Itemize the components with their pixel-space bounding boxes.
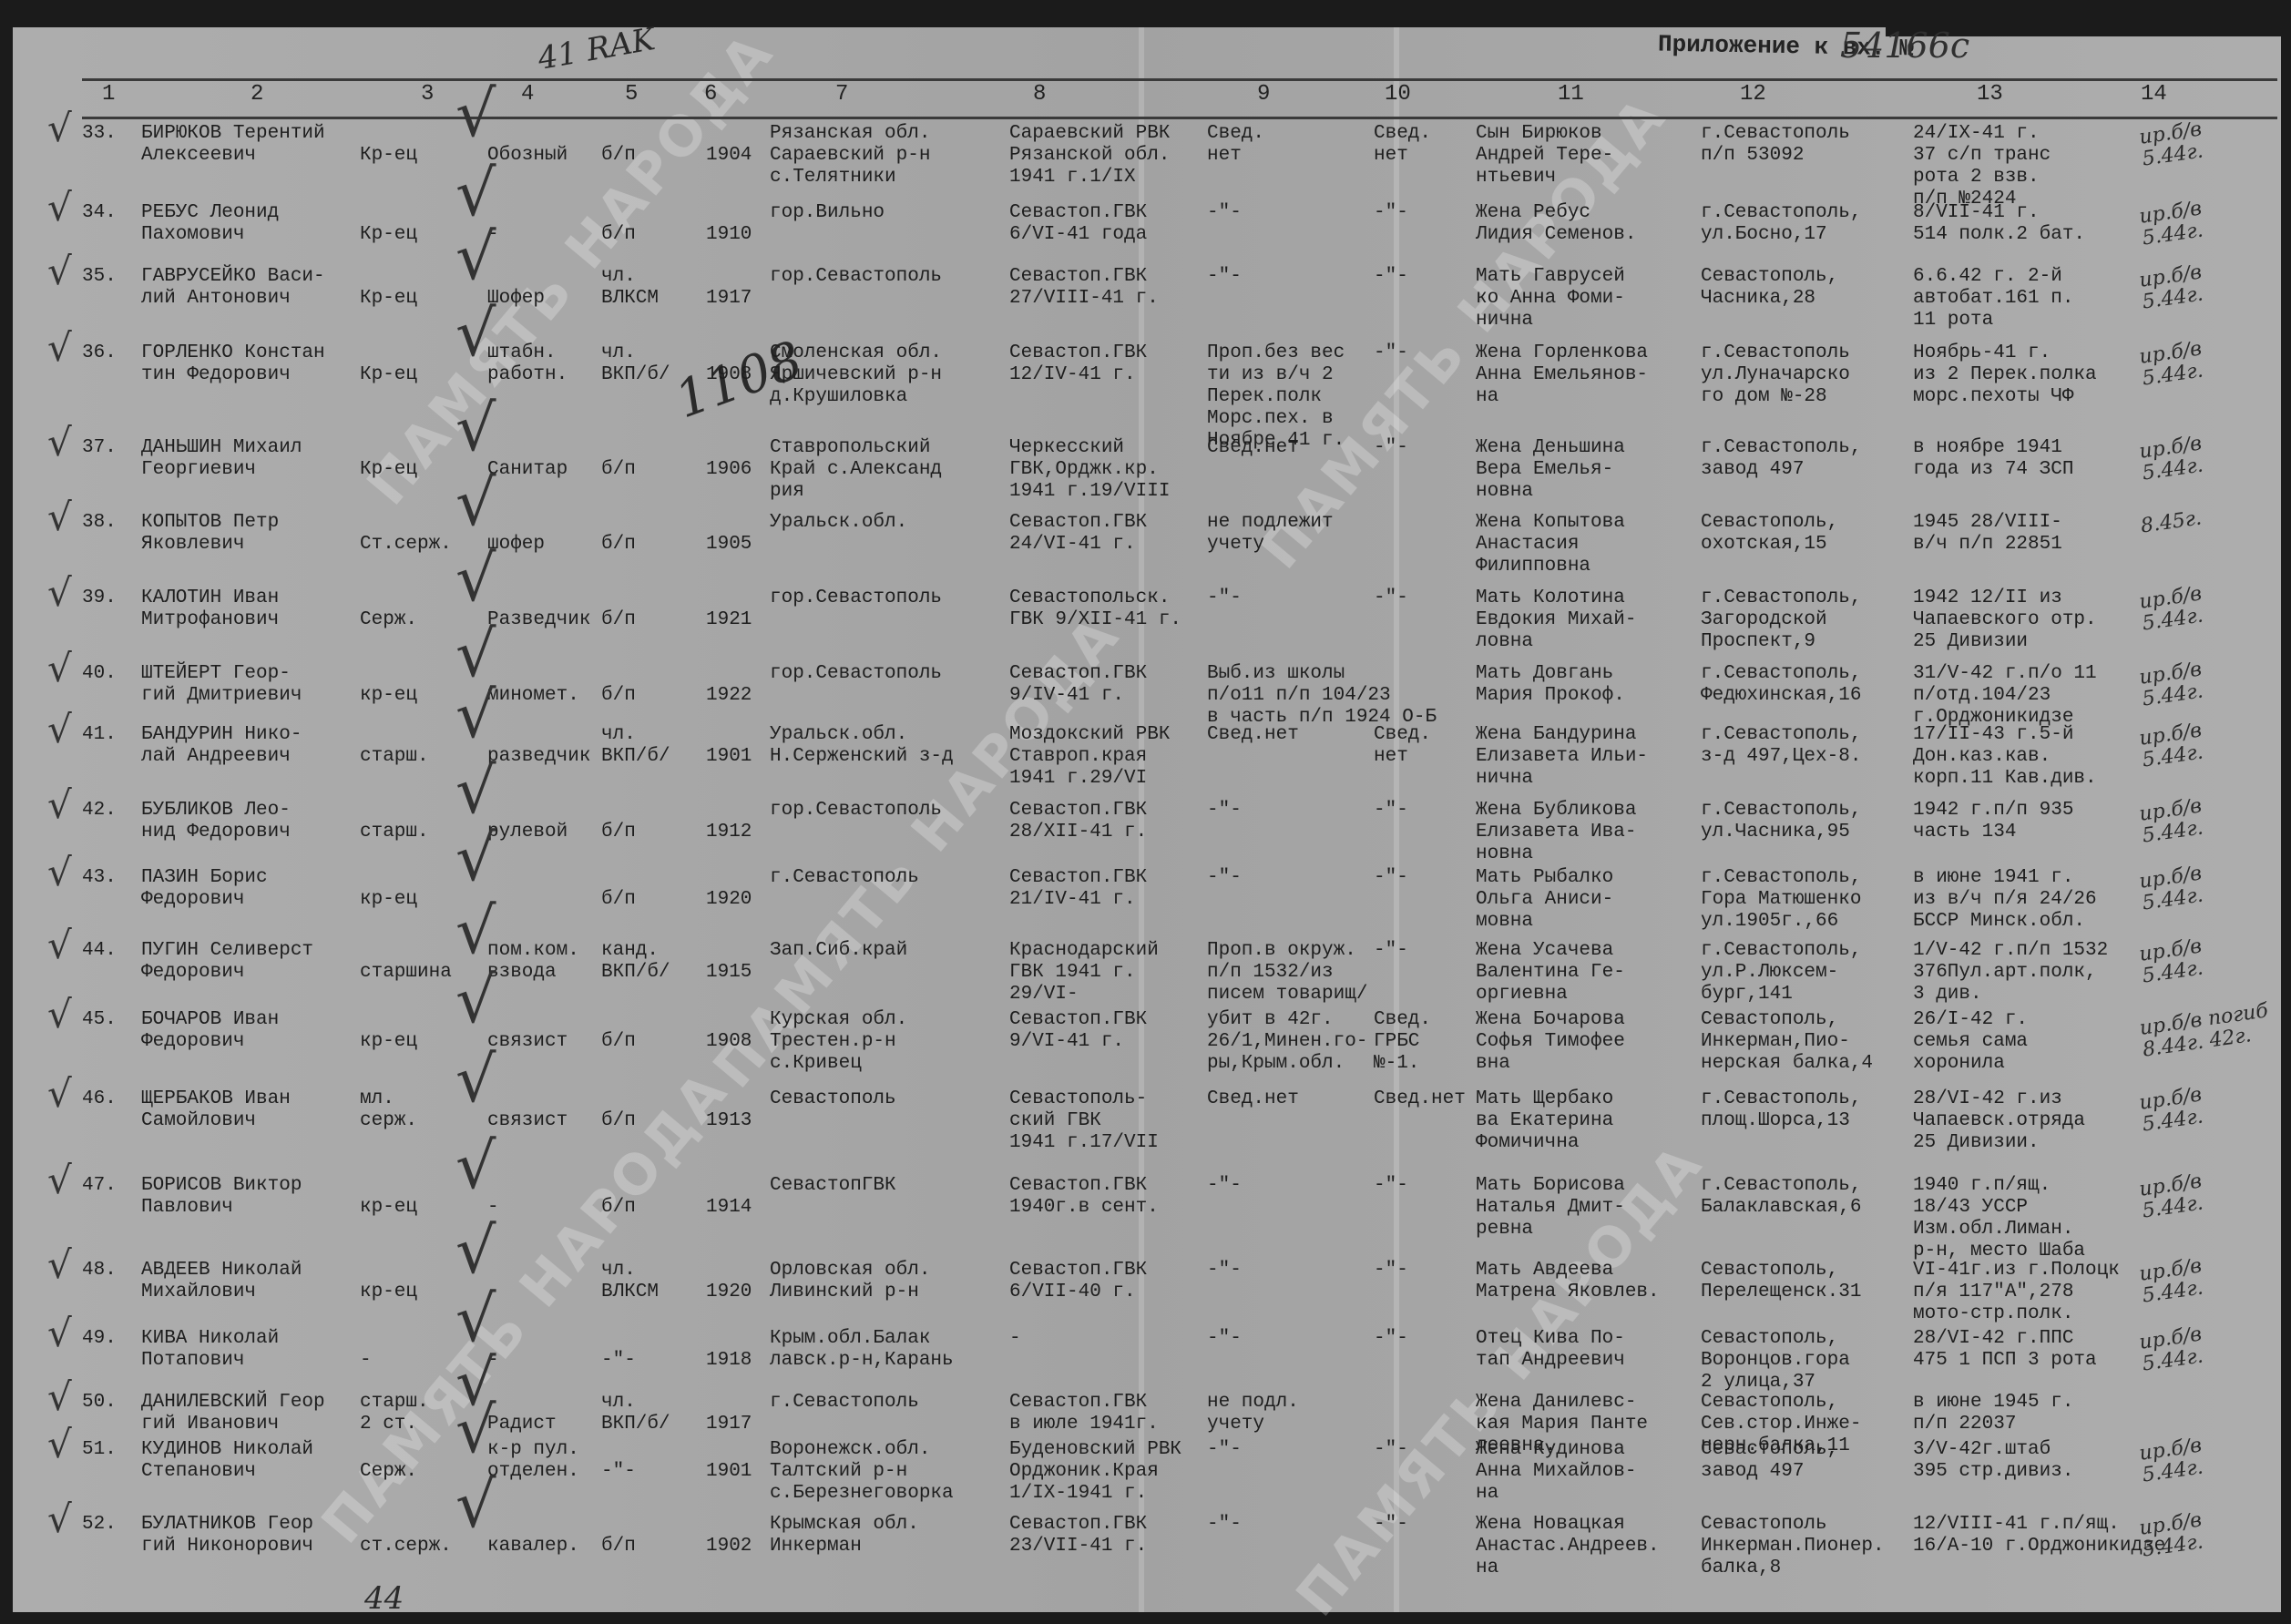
birth-year: 1908 — [706, 364, 752, 386]
next-of-kin: Мать Рыбалко Ольга Аниси- мовна — [1476, 867, 1613, 933]
service-info: 26/I-42 г. семья сама хоронила — [1913, 1009, 2028, 1075]
row-number: 47. — [82, 1175, 117, 1197]
birth-year: 1906 — [706, 459, 752, 481]
resolution-note: ир.б/в 5.44г. — [2138, 1435, 2206, 1486]
row-number: 37. — [82, 437, 117, 459]
birthplace: гор.Севастополь — [770, 587, 942, 609]
service-info: 1942 г.п/п 935 часть 134 — [1913, 800, 2073, 843]
address: г.Севастополь, ул.Р.Люксем- бург,141 — [1701, 940, 1861, 1006]
column-10-info: -"- — [1374, 1175, 1408, 1197]
resolution-note: ир.б/в 5.44г. — [2138, 863, 2206, 914]
column-number: 12 — [1740, 82, 1766, 107]
column-9-info: -"- — [1207, 202, 1242, 224]
column-9-info: -"- — [1207, 266, 1242, 288]
column-number: 1 — [102, 82, 115, 107]
rank: Кр-ец — [360, 224, 417, 246]
checkmark-icon: √ — [47, 197, 72, 219]
next-of-kin: Мать Довгань Мария Прокоф. — [1476, 663, 1625, 707]
service-info: в июне 1945 г. п/п 22037 — [1913, 1392, 2073, 1435]
column-number: 6 — [704, 82, 717, 107]
party-membership: -"- — [601, 1461, 636, 1483]
service-info: 8/VII-41 г. 514 полк.2 бат. — [1913, 202, 2085, 246]
column-number: 13 — [1977, 82, 2003, 107]
party-membership: б/п — [601, 685, 636, 707]
position: кавалер. — [487, 1536, 579, 1558]
row-number: 41. — [82, 724, 117, 746]
column-10-info: -"- — [1374, 437, 1408, 459]
column-number: 4 — [521, 82, 534, 107]
birth-year: 1908 — [706, 1031, 752, 1053]
birth-year: 1922 — [706, 685, 752, 707]
address: Севастополь, завод 497 — [1701, 1439, 1838, 1483]
service-info: Ноябрь-41 г. из 2 Перек.полка морс.пехот… — [1913, 342, 2097, 408]
birth-year: 1905 — [706, 534, 752, 556]
checkmark-icon: √ — [47, 1004, 72, 1026]
full-name: ПУГИН Селиверст Федорович — [141, 940, 313, 984]
next-of-kin: Мать Гаврусей ко Анна Фоми- нична — [1476, 266, 1625, 332]
birth-year: 1915 — [706, 962, 752, 984]
full-name: ГАВРУСЕЙКО Васи- лий Антонович — [141, 266, 325, 310]
column-10-info: Свед. нет — [1374, 123, 1431, 167]
service-info: 17/II-43 г.5-й Дон.каз.кав. корп.11 Кав.… — [1913, 724, 2097, 790]
checkmark-icon: √ — [455, 1419, 496, 1441]
birthplace: гор.Севастополь — [770, 800, 942, 822]
birth-year: 1904 — [706, 145, 752, 167]
birthplace: СевастопГВК — [770, 1175, 896, 1197]
draft-office: Сараевский РВК Рязанской обл. 1941 г.1/I… — [1009, 123, 1170, 189]
row-number: 36. — [82, 342, 117, 364]
full-name: КОПЫТОВ Петр Яковлевич — [141, 512, 279, 556]
birthplace: Уральск.обл. Н.Серженский з-д — [770, 724, 954, 768]
checkmark-icon: √ — [47, 1169, 72, 1191]
column-9-info: Проп.в окруж. п/п 1532/из писем товарищ/ — [1207, 940, 1367, 1006]
checkmark-icon: √ — [455, 182, 496, 204]
rank: мл. серж. — [360, 1088, 417, 1132]
column-10-info: -"- — [1374, 867, 1408, 889]
column-9-info: -"- — [1207, 587, 1242, 609]
next-of-kin: Жена Кудинова Анна Михайлов- на — [1476, 1439, 1636, 1505]
birthplace: Севастополь — [770, 1088, 896, 1110]
address: г.Севастополь п/п 53092 — [1701, 123, 1850, 167]
checkmark-icon: √ — [455, 989, 496, 1011]
checkmark-icon: √ — [455, 1155, 496, 1177]
row-number: 38. — [82, 512, 117, 534]
birthplace: г.Севастополь — [770, 1392, 919, 1414]
next-of-kin: Жена Копытова Анастасия Филипповна — [1476, 512, 1625, 577]
position: Радист — [487, 1414, 557, 1435]
service-info: 1945 28/VIII- в/ч п/п 22851 — [1913, 512, 2062, 556]
rank: Кр-ец — [360, 288, 417, 310]
service-info: 6.6.42 г. 2-й автобат.161 п. 11 рота — [1913, 266, 2073, 332]
column-10-info: -"- — [1374, 1439, 1408, 1461]
draft-office: Севастоп.ГВК 6/VII-40 г. — [1009, 1260, 1147, 1303]
checkmark-icon: √ — [47, 1323, 72, 1344]
resolution-note: ир.б/в 5.44г. — [2138, 1255, 2206, 1307]
birthplace: г.Севастополь — [770, 867, 919, 889]
column-number: 3 — [421, 82, 434, 107]
column-number: 8 — [1033, 82, 1046, 107]
rank: ст.серж. — [360, 1536, 452, 1558]
position: связист — [487, 1110, 568, 1132]
address: г.Севастополь, Гора Матюшенко ул.1905г.,… — [1701, 867, 1861, 933]
rank: кр-ец — [360, 1031, 417, 1053]
draft-office: Севастоп.ГВК 9/VI-41 г. — [1009, 1009, 1147, 1053]
address: Севастополь, Воронцов.гора 2 улица,37 — [1701, 1328, 1850, 1394]
resolution-note: ир.б/в 5.44г. — [2138, 433, 2206, 485]
birth-year: 1910 — [706, 224, 752, 246]
rank: Серж. — [360, 1461, 417, 1483]
birthplace: гор.Севастополь — [770, 266, 942, 288]
checkmark-icon: √ — [455, 780, 496, 802]
checkmark-icon: √ — [47, 658, 72, 679]
resolution-note: ир.б/в 5.44г. — [2138, 118, 2206, 170]
birthplace: Курская обл. Трестен.р-н с.Кривец — [770, 1009, 907, 1075]
column-9-info: -"- — [1207, 1439, 1242, 1461]
checkmark-icon: √ — [455, 1494, 496, 1516]
party-membership: б/п — [601, 609, 636, 631]
full-name: БАНДУРИН Нико- лай Андреевич — [141, 724, 302, 768]
checkmark-icon: √ — [47, 1254, 72, 1276]
appendix-number: 54166с — [1840, 26, 1969, 66]
service-info: 3/V-42г.штаб 395 стр.дивиз. — [1913, 1439, 2073, 1483]
rank: Кр-ец — [360, 459, 417, 481]
column-10-info: -"- — [1374, 1260, 1408, 1282]
next-of-kin: Отец Кива По- тап Андреевич — [1476, 1328, 1625, 1372]
checkmark-icon: √ — [47, 117, 72, 139]
full-name: ГОРЛЕНКО Констан тин Федорович — [141, 342, 325, 386]
row-number: 45. — [82, 1009, 117, 1031]
column-9-info: -"- — [1207, 867, 1242, 889]
row-number: 51. — [82, 1439, 117, 1461]
checkmark-icon: √ — [47, 432, 72, 454]
column-10-info: -"- — [1374, 202, 1408, 224]
birth-year: 1920 — [706, 889, 752, 911]
rank: Серж. — [360, 609, 417, 631]
party-membership: канд. ВКП/б/ — [601, 940, 670, 984]
column-9-info: убит в 42г. 26/1,Минен.го- ры,Крым.обл. — [1207, 1009, 1367, 1075]
next-of-kin: Жена Бандурина Елизавета Ильи- нична — [1476, 724, 1648, 790]
next-of-kin: Сын Бирюков Андрей Тере- нтьевич — [1476, 123, 1613, 189]
checkmark-icon: √ — [455, 1308, 496, 1330]
checkmark-icon: √ — [47, 1083, 72, 1105]
next-of-kin: Жена Бочарова Софья Тимофее вна — [1476, 1009, 1625, 1075]
service-info: 12/VIII-41 г.п/ящ. 16/А-10 г.Орджоникидз… — [1913, 1514, 2165, 1558]
draft-office: Севастоп.ГВК 21/IV-41 г. — [1009, 867, 1147, 911]
position: разведчик — [487, 746, 590, 768]
column-10-info: -"- — [1374, 1328, 1408, 1350]
address: г.Севастополь, Балаклавская,6 — [1701, 1175, 1861, 1219]
address: г.Севастополь, завод 497 — [1701, 437, 1861, 481]
position: рулевой — [487, 822, 568, 843]
service-info: в ноябре 1941 года из 74 ЗСП — [1913, 437, 2073, 481]
party-membership: чл. ВКП/б/ — [601, 724, 670, 768]
rank: старш. — [360, 746, 429, 768]
resolution-note: ир.б/в 5.44г. — [2138, 338, 2206, 390]
party-membership: -"- — [601, 1350, 636, 1372]
birthplace: Рязанская обл. Сараевский р-н с.Телятник… — [770, 123, 930, 189]
address: г.Севастополь ул.Луначарско го дом №-28 — [1701, 342, 1850, 408]
address: г.Севастополь, площ.Шорса,13 — [1701, 1088, 1861, 1132]
rank: Кр-ец — [360, 145, 417, 167]
position: связист — [487, 1031, 568, 1053]
full-name: АВДЕЕВ Николай Михайлович — [141, 1260, 302, 1303]
checkmark-icon: √ — [455, 103, 496, 125]
column-9-info: Свед.нет — [1207, 437, 1299, 459]
checkmark-icon: √ — [455, 322, 496, 344]
birth-year: 1920 — [706, 1282, 752, 1303]
service-info: 1940 г.п/ящ. 18/43 УССР Изм.обл.Лиман. р… — [1913, 1175, 2085, 1262]
column-number: 14 — [2141, 82, 2167, 107]
checkmark-icon: √ — [47, 260, 72, 282]
checkmark-icon: √ — [455, 417, 496, 439]
checkmark-icon: √ — [47, 337, 72, 359]
service-info: 28/VI-42 г.из Чапаевск.отряда 25 Дивизии… — [1913, 1088, 2085, 1154]
birth-year: 1914 — [706, 1197, 752, 1219]
resolution-note: ир.б/в 5.44г. — [2138, 795, 2206, 847]
address: Севастополь, Инкерман,Пио- нерская балка… — [1701, 1009, 1873, 1075]
birth-year: 1901 — [706, 746, 752, 768]
column-10-info: -"- — [1374, 940, 1408, 962]
header-rule — [82, 78, 2277, 81]
rank: Кр-ец — [360, 364, 417, 386]
draft-office: Севастоп.ГВК 23/VII-41 г. — [1009, 1514, 1147, 1558]
column-9-info: Свед.нет — [1207, 724, 1299, 746]
address: г.Севастополь, Федюхинская,16 — [1701, 663, 1861, 707]
column-9-info: не подл. учету — [1207, 1392, 1299, 1435]
row-number: 46. — [82, 1088, 117, 1110]
party-membership: б/п — [601, 145, 636, 167]
next-of-kin: Жена Бубликова Елизавета Ива- новна — [1476, 800, 1636, 865]
checkmark-icon: √ — [455, 704, 496, 726]
column-9-info: -"- — [1207, 1514, 1242, 1536]
party-membership: б/п — [601, 822, 636, 843]
full-name: БОРИСОВ Виктор Павлович — [141, 1175, 302, 1219]
rank: старшина — [360, 962, 452, 984]
checkmark-icon: √ — [47, 935, 72, 956]
rank: кр-ец — [360, 889, 417, 911]
rank: старш. — [360, 822, 429, 843]
next-of-kin: Мать Борисова Наталья Дмит- ревна — [1476, 1175, 1625, 1241]
draft-office: Севастоп.ГВК в июле 1941г. — [1009, 1392, 1159, 1435]
column-9-info: Свед. нет — [1207, 123, 1264, 167]
row-number: 43. — [82, 867, 117, 889]
full-name: КУДИНОВ Николай Степанович — [141, 1439, 313, 1483]
rank: старш. 2 ст. — [360, 1392, 429, 1435]
column-9-info: Свед.нет — [1207, 1088, 1299, 1110]
checkmark-icon: √ — [455, 246, 496, 268]
address: г.Севастополь, ул.Часника,95 — [1701, 800, 1861, 843]
draft-office: Севастопольск. ГВК 9/XII-41 г. — [1009, 587, 1181, 631]
row-number: 35. — [82, 266, 117, 288]
rank: Ст.серж. — [360, 534, 452, 556]
checkmark-icon: √ — [455, 1372, 496, 1394]
column-number: 7 — [835, 82, 848, 107]
party-membership: чл. ВЛКСМ — [601, 266, 659, 310]
checkmark-icon: √ — [455, 920, 496, 942]
position: штабн. работн. — [487, 342, 568, 386]
resolution-note: ир.б/в 5.44г. — [2138, 1323, 2206, 1375]
service-info: 1/V-42 г.п/п 1532 376Пул.арт.полк, 3 див… — [1913, 940, 2108, 1006]
checkmark-icon: √ — [455, 567, 496, 589]
draft-office: Севастополь- ский ГВК 1941 г.17/VII — [1009, 1088, 1159, 1154]
address: Севастополь, Часника,28 — [1701, 266, 1838, 310]
birthplace: Смоленская обл. Яршичевский р-н д.Крушил… — [770, 342, 942, 408]
party-membership: б/п — [601, 1536, 636, 1558]
full-name: БОЧАРОВ Иван Федорович — [141, 1009, 279, 1053]
checkmark-icon: √ — [47, 506, 72, 528]
resolution-note: ир.б/в 5.44г. — [2138, 659, 2206, 710]
full-name: БИРЮКОВ Терентий Алексеевич — [141, 123, 325, 167]
birth-year: 1912 — [706, 822, 752, 843]
row-number: 39. — [82, 587, 117, 609]
checkmark-icon: √ — [455, 1240, 496, 1261]
party-membership: б/п — [601, 1031, 636, 1053]
column-10-info: Свед. ГРБС №-1. — [1374, 1009, 1431, 1075]
draft-office: Севастоп.ГВК 28/XII-41 г. — [1009, 800, 1147, 843]
birth-year: 1913 — [706, 1110, 752, 1132]
resolution-note: ир.б/в 5.44г. — [2138, 720, 2206, 771]
resolution-note: ир.б/в 5.44г. — [2138, 261, 2206, 313]
resolution-note: ир.б/в 5.44г. — [2138, 583, 2206, 635]
full-name: ДАНИЛЕВСКИЙ Геор гий Иванович — [141, 1392, 325, 1435]
resolution-note: ир.б/в 5.44г. — [2138, 1170, 2206, 1222]
party-membership: б/п — [601, 224, 636, 246]
checkmark-icon: √ — [47, 794, 72, 816]
position: Санитар — [487, 459, 568, 481]
column-number-row: 1 2 3 4 5 6 7 8 9 10 11 12 13 14 — [0, 82, 2291, 109]
address: Севастополь, охотская,15 — [1701, 512, 1838, 556]
column-10-info: Свед. нет — [1374, 724, 1431, 768]
column-9-info: -"- — [1207, 1328, 1242, 1350]
service-info: в июне 1941 г. из в/ч п/я 24/26 БССР Мин… — [1913, 867, 2097, 933]
row-number: 33. — [82, 123, 117, 145]
full-name: ПАЗИН Борис Федорович — [141, 867, 268, 911]
full-name: БУБЛИКОВ Лео- нид Федорович — [141, 800, 291, 843]
service-info: 31/V-42 г.п/о 11 п/отд.104/23 г.Орджоник… — [1913, 663, 2097, 729]
next-of-kin: Мать Щербако ва Екатерина Фомичична — [1476, 1088, 1613, 1154]
address: Севастополь, Перелещенск.31 — [1701, 1260, 1861, 1303]
column-10-info: Свед.нет — [1374, 1088, 1466, 1110]
column-number: 10 — [1385, 82, 1411, 107]
checkmark-icon: √ — [455, 1068, 496, 1090]
header-rule — [82, 117, 2277, 119]
full-name: КИВА Николай Потапович — [141, 1328, 279, 1372]
handwritten-page-number: 44 — [364, 1580, 404, 1617]
birthplace: гор.Вильно — [770, 202, 885, 224]
full-name: ДАНЬШИН Михаил Георгиевич — [141, 437, 302, 481]
column-9-info: Выб.из школы п/о11 п/п 104/23 в часть п/… — [1207, 663, 1437, 729]
birth-year: 1901 — [706, 1461, 752, 1483]
full-name: КАЛОТИН Иван Митрофанович — [141, 587, 279, 631]
service-info: 28/VI-42 г.ППС 475 1 ПСП 3 рота — [1913, 1328, 2097, 1372]
birthplace: Уральск.обл. — [770, 512, 907, 534]
draft-office: Черкесский ГВК,Орджк.кр. 1941 г.19/VIII — [1009, 437, 1170, 503]
draft-office: Севастоп.ГВК 27/VIII-41 г. — [1009, 266, 1159, 310]
next-of-kin: Мать Колотина Евдокия Михай- ловна — [1476, 587, 1636, 653]
birthplace: Зап.Сиб.край — [770, 940, 907, 962]
rank: - — [360, 1350, 372, 1372]
row-number: 42. — [82, 800, 117, 822]
checkmark-icon: √ — [47, 1386, 72, 1408]
full-name: РЕБУС Леонид Пахомович — [141, 202, 279, 246]
checkmark-icon: √ — [47, 1508, 72, 1530]
address: г.Севастополь, з-д 497,Цех-8. — [1701, 724, 1861, 768]
row-number: 49. — [82, 1328, 117, 1350]
column-9-info: -"- — [1207, 1260, 1242, 1282]
column-9-info: -"- — [1207, 800, 1242, 822]
next-of-kin: Жена Деньшина Вера Емелья- новна — [1476, 437, 1625, 503]
draft-office: Севастоп.ГВК 9/IV-41 г. — [1009, 663, 1147, 707]
row-number: 48. — [82, 1260, 117, 1282]
resolution-note: ир.б/в 5.44г. — [2138, 1084, 2206, 1136]
next-of-kin: Жена Новацкая Анастас.Андреев. на — [1476, 1514, 1660, 1579]
resolution-note: ир.б/в 5.44г. — [2138, 198, 2206, 250]
column-9-info: -"- — [1207, 1175, 1242, 1197]
row-number: 44. — [82, 940, 117, 962]
birthplace: Крымская обл. Инкерман — [770, 1514, 919, 1558]
draft-office: Севастоп.ГВК 6/VI-41 года — [1009, 202, 1147, 246]
birthplace: Воронежск.обл. Талтский р-н с.Березнегов… — [770, 1439, 954, 1505]
birth-year: 1918 — [706, 1350, 752, 1372]
full-name: ЩЕРБАКОВ Иван Самойлович — [141, 1088, 291, 1132]
column-number: 11 — [1558, 82, 1584, 107]
column-9-info: Проп.без вес ти из в/ч 2 Перек.полк Морс… — [1207, 342, 1345, 452]
party-membership: б/п — [601, 1110, 636, 1132]
column-number: 2 — [251, 82, 263, 107]
column-9-info: не подлежит учету — [1207, 512, 1334, 556]
column-10-info: -"- — [1374, 342, 1408, 364]
resolution-note: ир.б/в 5.44г. — [2138, 1509, 2206, 1561]
party-membership: чл. ВКП/б/ — [601, 342, 670, 386]
party-membership: чл. ВЛКСМ — [601, 1260, 659, 1303]
party-membership: б/п — [601, 1197, 636, 1219]
draft-office: Севастоп.ГВК 12/IV-41 г. — [1009, 342, 1147, 386]
position: Обозный — [487, 145, 568, 167]
column-number: 5 — [625, 82, 638, 107]
party-membership: б/п — [601, 889, 636, 911]
full-name: БУЛАТНИКОВ Геор гий Никонорович — [141, 1514, 313, 1558]
checkmark-icon: √ — [47, 1434, 72, 1455]
full-name: ШТЕЙЕРТ Геор- гий Дмитриевич — [141, 663, 302, 707]
rank: кр-ец — [360, 685, 417, 707]
draft-office: Буденовский РВК Орджоник.Края 1/IX-1941 … — [1009, 1439, 1181, 1505]
checkmark-icon: √ — [47, 582, 72, 604]
checkmark-icon: √ — [47, 862, 72, 883]
birth-year: 1921 — [706, 609, 752, 631]
next-of-kin: Жена Горленкова Анна Емельянов- на — [1476, 342, 1648, 408]
birthplace: гор.Севастополь — [770, 663, 942, 685]
birth-year: 1917 — [706, 1414, 752, 1435]
rank: кр-ец — [360, 1282, 417, 1303]
birth-year: 1917 — [706, 288, 752, 310]
draft-office: Севастоп.ГВК 1940г.в сент. — [1009, 1175, 1159, 1219]
address: г.Севастополь, Загородской Проспект,9 — [1701, 587, 1861, 653]
birth-year: 1902 — [706, 1536, 752, 1558]
position: миномет. — [487, 685, 579, 707]
checkmark-icon: √ — [455, 643, 496, 665]
checkmark-icon: √ — [455, 492, 496, 514]
next-of-kin: Жена Усачева Валентина Ге- оргиевна — [1476, 940, 1625, 1006]
column-10-info: -"- — [1374, 587, 1408, 609]
rank: кр-ец — [360, 1197, 417, 1219]
service-info: 24/IX-41 г. 37 с/п транс рота 2 взв. п/п… — [1913, 123, 2051, 210]
row-number: 52. — [82, 1514, 117, 1536]
address: Севастополь Инкерман.Пионер. балка,8 — [1701, 1514, 1885, 1579]
column-10-info: -"- — [1374, 266, 1408, 288]
draft-office: - — [1009, 1328, 1021, 1350]
row-number: 34. — [82, 202, 117, 224]
draft-office: Севастоп.ГВК 24/VI-41 г. — [1009, 512, 1147, 556]
